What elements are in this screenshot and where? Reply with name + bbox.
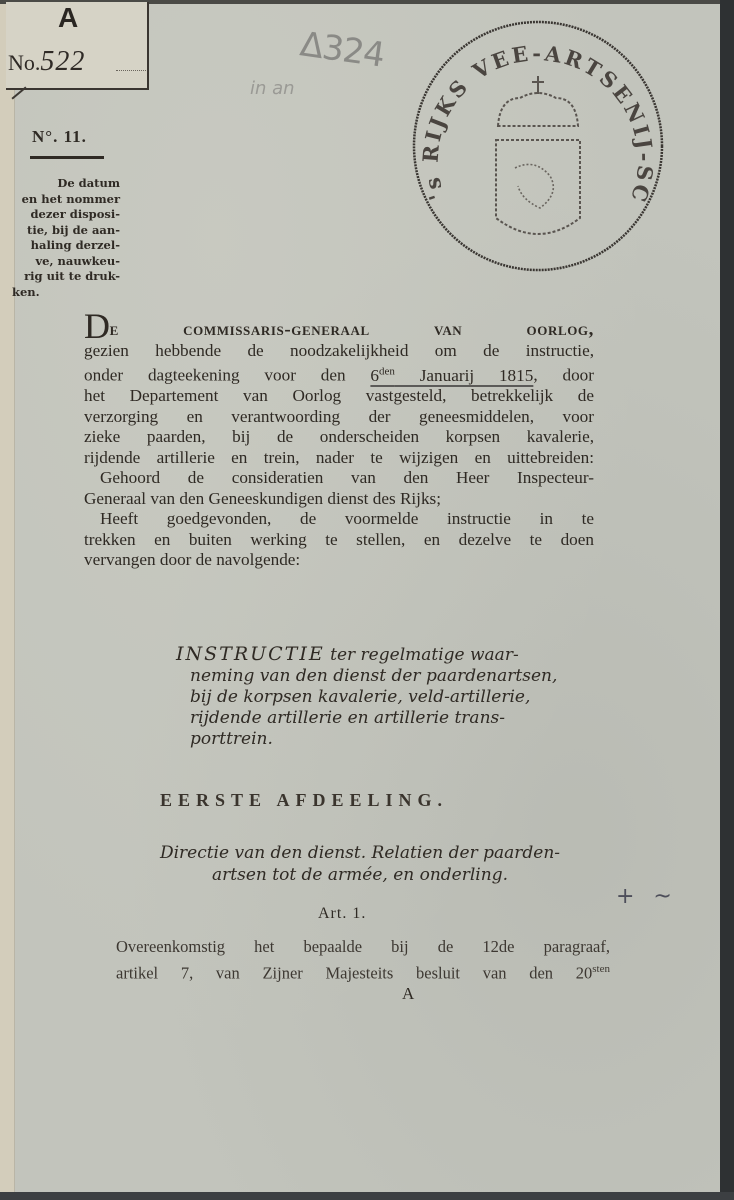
preamble-line: gezien hebbende de noodzakelijkheid om d… [84, 341, 594, 362]
instructie-line: INSTRUCTIE ter regelmatige waar- [176, 644, 600, 666]
instructie-word: INSTRUCTIE [176, 643, 325, 665]
signature-mark: A [402, 984, 414, 1004]
archive-label: A No.522 [6, 2, 149, 90]
preamble-line-date: onder dagteekening voor den 6den Januari… [84, 361, 594, 386]
article-line-sup: sten [592, 963, 610, 975]
library-stamp-icon: 's RIJKS VEE-ARTSENIJ-SCHOOL [410, 18, 666, 274]
document-page: A No.522 Δ324 in an 's RIJKS VEE-ARTSENI… [0, 0, 724, 1192]
svg-text:'s RIJKS VEE-ARTSENIJ-SCHOOL: 's RIJKS VEE-ARTSENIJ-SCHOOL [410, 18, 658, 208]
document-number-rule [30, 156, 104, 159]
document-number: N°. 11. [32, 127, 87, 147]
label-dotted-rule [116, 70, 146, 71]
date-after: , door [533, 366, 594, 385]
heading-text: e commissaris-generaal van oorlog, [110, 319, 594, 340]
label-number: No.522 [8, 46, 85, 78]
consideration-line: Generaal van den Geneeskundigen dienst d… [84, 489, 594, 510]
preamble-line: het Departement van Oorlog vastgesteld, … [84, 386, 594, 407]
decision-line: trekken en buiten werking te stellen, en… [84, 530, 594, 551]
preamble-line: zieke paarden, bij de onderscheiden korp… [84, 427, 594, 448]
margin-note-line: haling derzel- [12, 238, 120, 254]
margin-note-line: rig uit te druk- [12, 269, 120, 285]
section-title: EERSTE AFDEELING. [160, 790, 448, 811]
margin-note-line: De datum [12, 176, 120, 192]
article-line: artikel 7, van Zijner Majesteits besluit… [116, 958, 610, 985]
margin-note-line: ken. [12, 285, 120, 301]
pencil-annotation: Δ324 [298, 24, 387, 75]
label-letter: A [58, 2, 78, 34]
instructie-line: rijdende artillerie en artillerie trans- [176, 708, 600, 729]
instructie-line: neming van den dienst der paardenartsen, [176, 666, 600, 687]
date-day: 6 [370, 366, 379, 385]
preamble-line: rijdende artillerie en trein, nader te w… [84, 448, 594, 469]
preamble-line: verzorging en verantwoording der geneesm… [84, 407, 594, 428]
date-sup: den [379, 365, 395, 377]
pencil-annotation-sub: in an [250, 78, 295, 99]
preamble-heading: De commissaris-generaal van oorlog, [84, 316, 594, 341]
margin-note-line: tie, bij de aan- [12, 223, 120, 239]
underlined-date: 6den Januarij 1815 [370, 366, 533, 385]
instructie-title: INSTRUCTIE ter regelmatige waar- neming … [176, 644, 600, 750]
pencil-mark: + ~ [616, 884, 678, 909]
consideration-line: Gehoord de consideratien van den Heer In… [84, 468, 594, 489]
stamp-text: 's RIJKS VEE-ARTSENIJ-SCHOOL [410, 18, 658, 208]
article-line-text: artikel 7, van Zijner Majesteits besluit… [116, 964, 592, 983]
preamble: De commissaris-generaal van oorlog, gezi… [84, 316, 594, 571]
margin-note: De datum en het nommer dezer disposi- ti… [12, 176, 120, 300]
margin-note-line: ve, nauwkeu- [12, 254, 120, 270]
article-text: Overeenkomstig het bepaalde bij de 12de … [116, 936, 610, 985]
label-number-value: 522 [40, 46, 85, 77]
margin-note-line: dezer disposi- [12, 207, 120, 223]
date-rest: Januarij 1815 [395, 366, 533, 385]
instructie-line: bij de korpsen kavalerie, veld-artilleri… [176, 687, 600, 708]
label-number-prefix: No. [8, 50, 40, 75]
article-label: Art. 1. [318, 905, 366, 923]
preamble-line-text: onder dagteekening voor den [84, 366, 370, 385]
section-subtitle: Directie van den dienst. Relatien der pa… [110, 842, 610, 886]
decision-line: vervangen door de navolgende: [84, 550, 594, 571]
scan-background-bottom [0, 1192, 734, 1200]
scan-background-right [720, 0, 734, 1200]
instructie-line: porttrein. [176, 729, 600, 750]
instructie-line-text: ter regelmatige waar- [325, 645, 519, 665]
article-line: Overeenkomstig het bepaalde bij de 12de … [116, 936, 610, 958]
margin-note-line: en het nommer [12, 192, 120, 208]
section-subtitle-line: Directie van den dienst. Relatien der pa… [110, 842, 610, 864]
decision-line: Heeft goedgevonden, de voormelde instruc… [84, 509, 594, 530]
section-subtitle-line: artsen tot de armée, en onderling. [110, 864, 610, 886]
